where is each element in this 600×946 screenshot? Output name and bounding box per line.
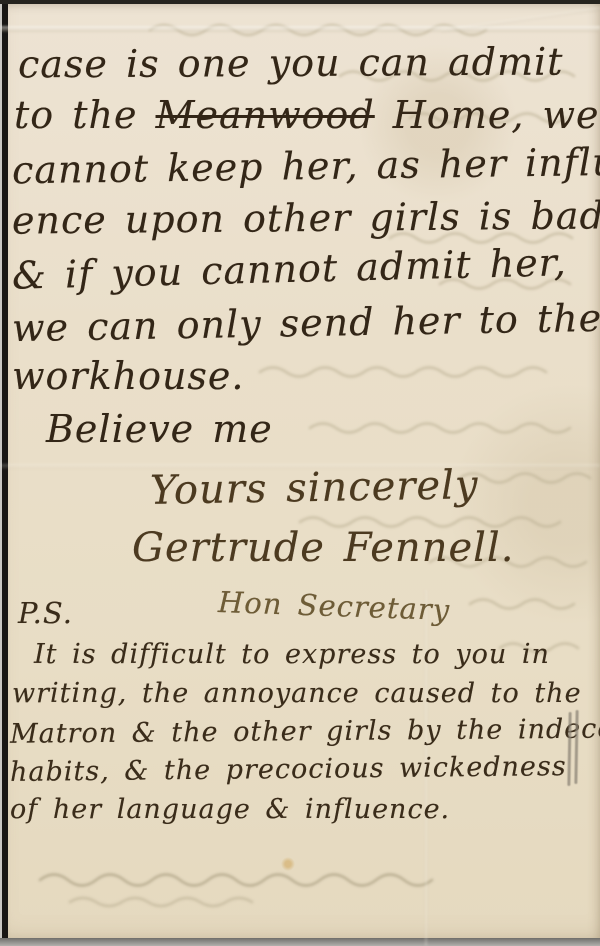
postscript-line: writing, the annoyance caused to the <box>12 680 582 707</box>
closing-line: Believe me <box>46 410 273 448</box>
letter-line: case is one you can admit <box>18 43 564 84</box>
letter-line: cannot keep her, as her influ- <box>12 143 600 190</box>
postscript-label: P.S. <box>18 599 73 628</box>
signature: Gertrude Fennell. <box>132 528 514 568</box>
scanned-letter-page: case is one you can admit to the Meanwoo… <box>0 0 600 946</box>
struck-word: Meanwood <box>156 93 375 137</box>
letter-line: workhouse. <box>12 357 245 395</box>
letter-line: we can only send her to the <box>12 299 600 347</box>
letter-line: ence upon other girls is bad <box>12 196 600 239</box>
letter-line-text: Home, we <box>393 93 600 137</box>
letter-line: to the Meanwood Home, we <box>14 96 600 134</box>
postscript-line: Matron & the other girls by the indecent <box>10 715 600 748</box>
postscript-line: habits, & the precocious wickedness <box>10 753 567 786</box>
scan-edge-bottom <box>0 938 600 946</box>
postscript-line: of her language & influence. <box>10 796 450 823</box>
postscript-line: It is difficult to express to you in <box>34 641 550 668</box>
letter-line-text: to the <box>14 93 137 137</box>
closing-line: Yours sincerely <box>150 465 479 511</box>
signature-title: Hon Secretary <box>218 588 451 625</box>
